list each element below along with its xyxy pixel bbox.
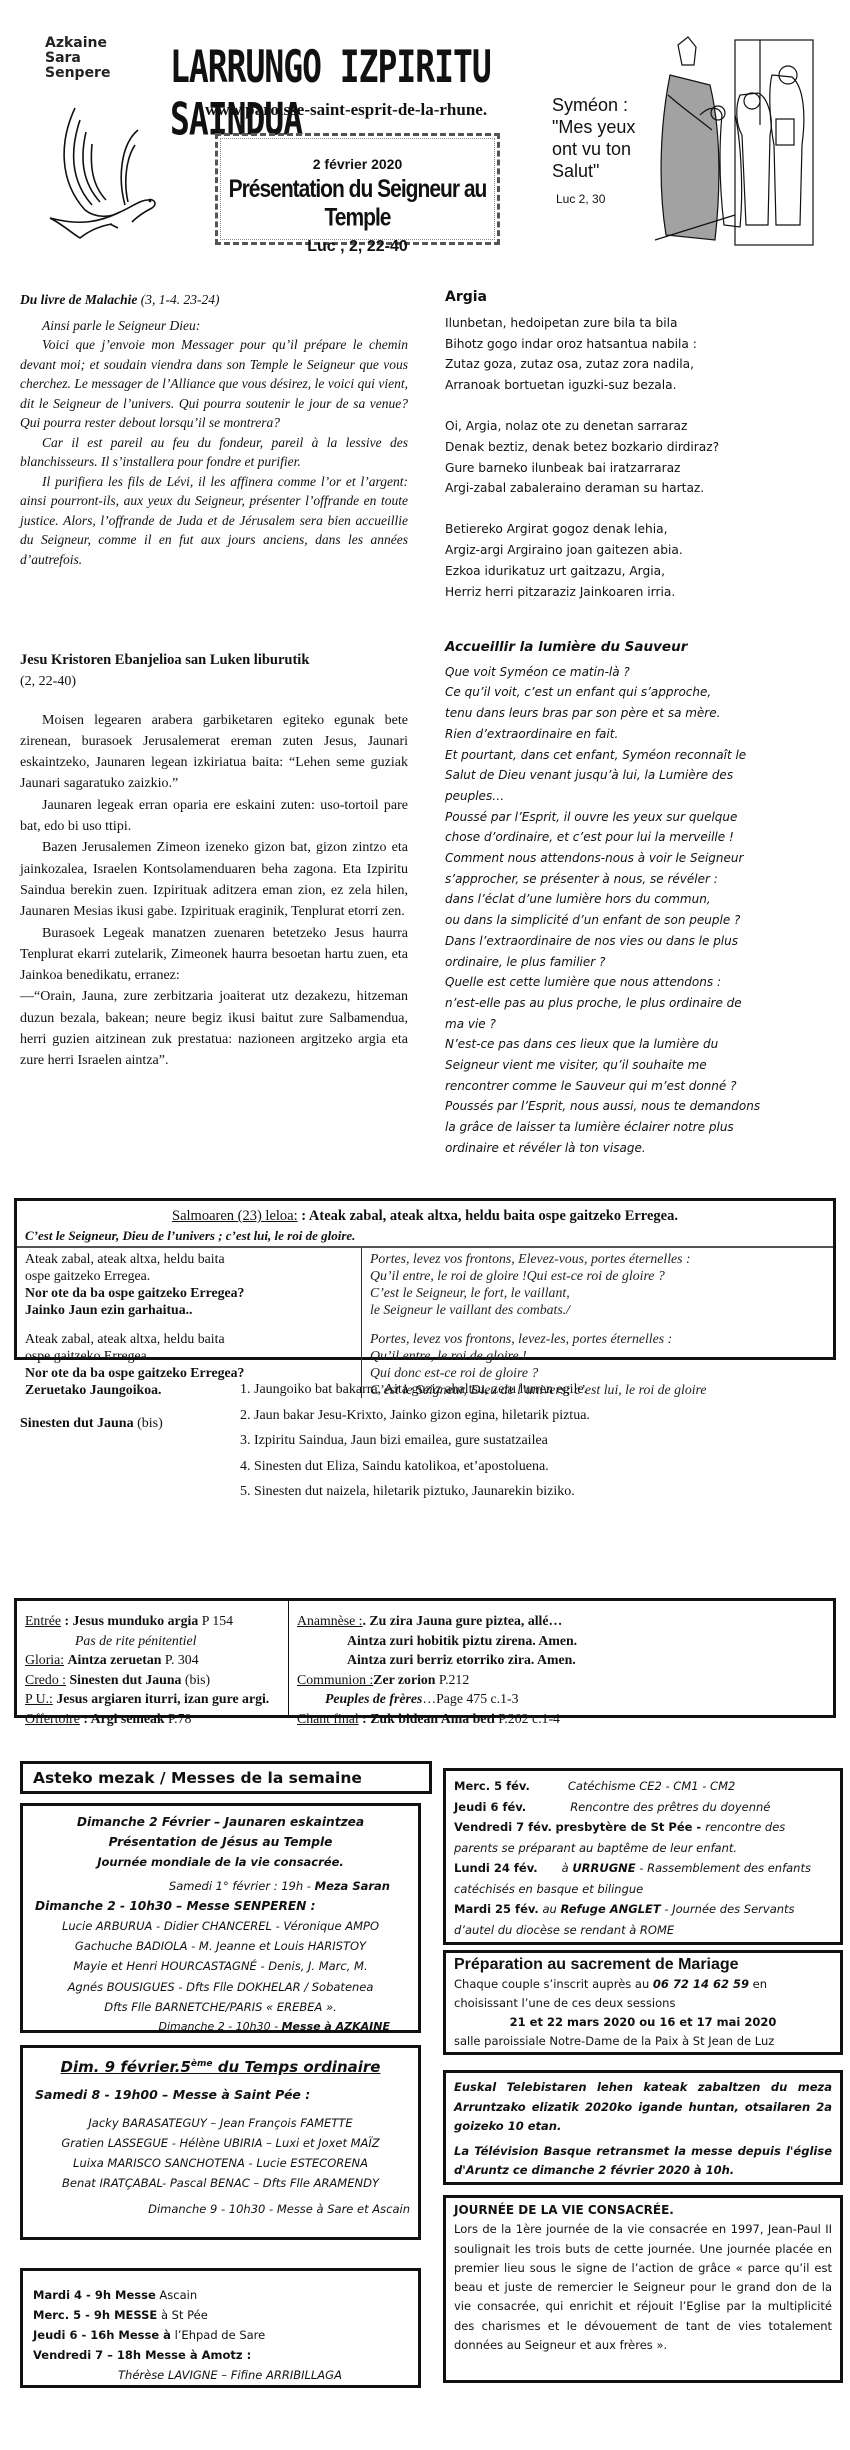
event-item: Mardi 25 fév. au Refuge ANGLET - Journée… bbox=[454, 1899, 832, 1940]
gospel-paragraph: —“Orain, Jauna, zure zerbitzaria joaiter… bbox=[20, 986, 408, 1071]
meditation-line: Poussés par l’Esprit, nous aussi, nous t… bbox=[445, 1096, 835, 1117]
gospel-ref: (2, 22-40) bbox=[20, 671, 408, 692]
psalm-header: Salmoaren (23) leloa: : Ateak zabal, ate… bbox=[17, 1201, 833, 1248]
website-link[interactable]: www.paroisse-saint-esprit-de-la-rhune. bbox=[205, 100, 487, 120]
tv-notice-french: La Télévision Basque retransmet la messe… bbox=[454, 2142, 832, 2181]
verse-line: ospe gaitzeko Erregea. bbox=[25, 1267, 361, 1284]
hymn-line: Aintza zuri hobitik piztu zirena. Amen. bbox=[297, 1631, 825, 1651]
marriage-title: Préparation au sacrement de Mariage bbox=[454, 1955, 832, 1975]
verse-line: Ateak zabal, ateak altxa, heldu baita bbox=[25, 1330, 361, 1347]
first-reading-ref: (3, 1-4. 23-24) bbox=[141, 292, 220, 307]
senperen-mass: Dimanche 2 - 10h30 – Messe SENPEREN : bbox=[29, 1896, 412, 1916]
phone-number[interactable]: 06 72 14 62 59 bbox=[653, 1977, 749, 1991]
meditation-line: s’approcher, se présenter à nous, se rév… bbox=[445, 869, 835, 890]
hymn-list-box: Entrée : Jesus munduko argia P 154 Pas d… bbox=[14, 1598, 836, 1718]
meditation-line: Salut de Dieu venant jusqu’à lui, la Lum… bbox=[445, 765, 835, 786]
poem-stanza: Ilunbetan, hedoipetan zure bila ta bila … bbox=[445, 313, 835, 396]
marriage-place: salle paroissiale Notre-Dame de la Paix … bbox=[454, 2032, 832, 2051]
psalm-refrain-fr: C’est le Seigneur, Dieu de l’univers ; c… bbox=[17, 1226, 833, 1245]
mass-intentions: Thérèse LAVIGNE – Fifine ARRIBILLAGA bbox=[33, 2365, 408, 2385]
presentation-temple-icon bbox=[640, 35, 815, 250]
hymn-final: Chant final : Zuk bidean Ama beti P.202 … bbox=[297, 1709, 825, 1729]
events-box: Merc. 5 fév.Catéchisme CE2 - CM1 - CM2 J… bbox=[443, 1768, 843, 1945]
credo-item: 3. Izpiritu Saindua, Jaun bizi emailea, … bbox=[240, 1428, 590, 1454]
meditation-line: Seigneur vient me visiter, qu’il souhait… bbox=[445, 1055, 835, 1076]
hymn-pu: P U.: Jesus argiaren iturri, izan gure a… bbox=[25, 1689, 280, 1709]
quote-reference: Luc 2, 30 bbox=[552, 188, 652, 210]
hymn-offertoire: Offertoire : Argi semeak P.78 bbox=[25, 1709, 280, 1729]
meditation-line: dans l’éclat d’une lumière hors du commu… bbox=[445, 889, 835, 910]
mass-intentions: Lucie ARBURUA - Didier CHANCEREL - Véron… bbox=[29, 1916, 412, 2017]
hymn-credo: Credo : Sinesten dut Jauna (bis) bbox=[25, 1670, 280, 1690]
gospel-paragraph: Moisen legearen arabera garbiketaren egi… bbox=[20, 710, 408, 795]
meditation-line: Poussé par l’Esprit, il ouvre les yeux s… bbox=[445, 807, 835, 828]
credo-title: Sinesten dut Jauna bbox=[20, 1416, 134, 1431]
gospel-reading: Jesu Kristoren Ebanjelioa san Luken libu… bbox=[20, 650, 408, 1072]
meditation-line: chose d’ordinaire, et c’est pour lui la … bbox=[445, 827, 835, 848]
poem-stanza: Oi, Argia, nolaz ote zu denetan sarraraz… bbox=[445, 416, 835, 499]
poem-line: Oi, Argia, nolaz ote zu denetan sarraraz bbox=[445, 416, 835, 437]
credo-suffix: (bis) bbox=[134, 1416, 163, 1431]
meditation-line: peuples… bbox=[445, 786, 835, 807]
meditation-line: ma vie ? bbox=[445, 1014, 835, 1035]
weekday-masses: Mardi 4 - 9h Messe Ascain Merc. 5 - 9h M… bbox=[20, 2268, 421, 2388]
feast-title: Présentation du Seigneur au Temple bbox=[218, 175, 497, 233]
weekday-mass: Jeudi 6 - 16h Messe à l’Ehpad de Sare bbox=[33, 2325, 408, 2345]
meditation-line: N’est-ce pas dans ces lieux que la lumiè… bbox=[445, 1034, 835, 1055]
meditation-line: Rien d’extraordinaire en fait. bbox=[445, 724, 835, 745]
meditation-line: Que voit Syméon ce matin-là ? bbox=[445, 662, 835, 683]
parish-towns: Azkaine Sara Senpere bbox=[45, 36, 110, 81]
quote-line: "Mes yeux bbox=[552, 116, 652, 138]
meditation-line: n’est-elle pas au plus proche, le plus o… bbox=[445, 993, 835, 1014]
meditation-line: Et pourtant, dans cet enfant, Syméon rec… bbox=[445, 745, 835, 766]
quote-line: Syméon : bbox=[552, 94, 652, 116]
meditation-line: Comment nous attendons-nous à voir le Se… bbox=[445, 848, 835, 869]
azkaine-mass: Dimanche 2 - 10h30 - Messe à AZKAINE bbox=[29, 2017, 412, 2037]
meditation-line: rencontrer comme le Sauveur qui m’est do… bbox=[445, 1076, 835, 1097]
sunday-title: Dimanche 2 Février – Jaunaren eskaintzea bbox=[29, 1812, 412, 1832]
sunday-title: Présentation de Jésus au Temple bbox=[29, 1832, 412, 1852]
verse-line: Qu’il entre, le roi de gloire !Qui est-c… bbox=[370, 1267, 833, 1284]
verse-line: Portes, levez vos frontons, levez-les, p… bbox=[370, 1330, 833, 1347]
credo-label: Sinesten dut Jauna (bis) bbox=[20, 1416, 163, 1432]
town-name: Senpere bbox=[45, 66, 110, 81]
credo-item: 1. Jaungoiko bat bakarra, Aita guziz aha… bbox=[240, 1377, 590, 1403]
sunday-9-title: Dim. 9 février.5ème du Temps ordinaire bbox=[29, 2054, 412, 2077]
dove-icon bbox=[40, 100, 170, 240]
meditation-line: ordinaire et révéler là ton visage. bbox=[445, 1138, 835, 1159]
verse-line: Jainko Jaun ezin garhaitua.. bbox=[25, 1301, 361, 1318]
verse-line: le Seigneur le vaillant des combats./ bbox=[370, 1301, 833, 1318]
mass-intentions: Jacky BARASATEGUY – Jean François FAMETT… bbox=[29, 2113, 412, 2193]
quote-line: Salut" bbox=[552, 160, 652, 182]
meditation-line: Ce qu’il voit, c’est un enfant qui s’app… bbox=[445, 682, 835, 703]
hymn-list-right: Anamnèse :. Zu zira Jauna gure piztea, a… bbox=[289, 1601, 833, 1715]
psalm-label: Salmoaren (23) leloa: bbox=[172, 1208, 298, 1224]
meditation-line: ordinaire, le plus familier ? bbox=[445, 952, 835, 973]
credo-item: 5. Sinesten dut naizela, hiletarik piztu… bbox=[240, 1479, 590, 1505]
consecrated-life-box: JOURNÉE DE LA VIE CONSACRÉE. Lors de la … bbox=[443, 2195, 843, 2383]
poem-line: Gure barneko ilunbeak bai iratzarraraz bbox=[445, 458, 835, 479]
poem-line: Ezkoa idurikatuz urt gaitzazu, Argia, bbox=[445, 561, 835, 582]
reading-paragraph: Ainsi parle le Seigneur Dieu: bbox=[20, 316, 408, 336]
psalm-verses: Ateak zabal, ateak altxa, heldu baita os… bbox=[17, 1248, 833, 1398]
poem-line: Denak beztiz, denak betez bozkario dirdi… bbox=[445, 437, 835, 458]
meditation-line: Quelle est cette lumière que nous attend… bbox=[445, 972, 835, 993]
masthead-title: LARRUNGO IZPIRITU SAINDUA bbox=[170, 40, 570, 145]
poem-line: Ilunbetan, hedoipetan zure bila ta bila bbox=[445, 313, 835, 334]
gospel-paragraph: Burasoek Legeak manatzen zuenaren betetz… bbox=[20, 923, 408, 987]
psalm-box: Salmoaren (23) leloa: : Ateak zabal, ate… bbox=[14, 1198, 836, 1360]
weekday-mass: Merc. 5 - 9h MESSE à St Pée bbox=[33, 2305, 408, 2325]
credo-item: 2. Jaun bakar Jesu-Krixto, Jainko gizon … bbox=[240, 1403, 590, 1429]
psalm-basque-column: Ateak zabal, ateak altxa, heldu baita os… bbox=[17, 1248, 362, 1398]
verse-line: Qu’il entre, le roi de gloire ! bbox=[370, 1347, 833, 1364]
argia-poem: Argia Ilunbetan, hedoipetan zure bila ta… bbox=[445, 287, 835, 622]
sunday-2-masses: Dimanche 2 Février – Jaunaren eskaintzea… bbox=[20, 1803, 421, 2033]
poem-line: Arranoak bortuetan iguzki-suz bezala. bbox=[445, 375, 835, 396]
marriage-prep-box: Préparation au sacrement de Mariage Chaq… bbox=[443, 1950, 843, 2055]
meditation-line: Dans l’extraordinaire de nos vies ou dan… bbox=[445, 931, 835, 952]
feast-date-box: 2 février 2020 Présentation du Seigneur … bbox=[215, 133, 500, 245]
saturday-mass: Samedi 1° février : 19h - Meza Saran bbox=[29, 1876, 412, 1896]
meditation-line: tenu dans leurs bras par son père et sa … bbox=[445, 703, 835, 724]
poem-line: Argi-zabal zabaleraino deraman su hartaz… bbox=[445, 478, 835, 499]
hymn-entree: Entrée : Jesus munduko argia P 154 bbox=[25, 1611, 280, 1631]
hymn-line: Aintza zuri berriz etorriko zira. Amen. bbox=[297, 1650, 825, 1670]
credo-item: 4. Sinesten dut Eliza, Saindu katolikoa,… bbox=[240, 1454, 590, 1480]
verse-line: Nor ote da ba ospe gaitzeko Erregea? bbox=[25, 1284, 361, 1301]
meditation-title: Accueillir la lumière du Sauveur bbox=[445, 637, 835, 658]
simeon-quote: Syméon : "Mes yeux ont vu ton Salut" Luc… bbox=[552, 94, 652, 210]
hymn-peuples: Peuples de frères…Page 475 c.1-3 bbox=[297, 1689, 825, 1709]
poem-line: Betiereko Argirat gogoz denak lehia, bbox=[445, 519, 835, 540]
meditation: Accueillir la lumière du Sauveur Que voi… bbox=[445, 637, 835, 1159]
weekday-mass: Mardi 4 - 9h Messe Ascain bbox=[33, 2285, 408, 2305]
feast-reference: Luc , 2, 22-40 bbox=[218, 238, 497, 256]
town-name: Azkaine bbox=[45, 36, 110, 51]
saint-pee-mass: Samedi 8 - 19h00 – Messe à Saint Pée : bbox=[29, 2085, 412, 2105]
event-item: Jeudi 6 fév.Rencontre des prêtres du doy… bbox=[454, 1797, 832, 1818]
sunday-9-masses: Dim. 9 février.5ème du Temps ordinaire S… bbox=[20, 2045, 421, 2240]
verse-line: ospe gaitzeko Erregea. bbox=[25, 1347, 361, 1364]
feast-date: 2 février 2020 bbox=[218, 156, 497, 172]
quote-line: ont vu ton bbox=[552, 138, 652, 160]
hymn-gloria: Gloria: Aintza zeruetan P. 304 bbox=[25, 1650, 280, 1670]
hymn-list-left: Entrée : Jesus munduko argia P 154 Pas d… bbox=[17, 1601, 289, 1715]
tv-broadcast-box: Euskal Telebistaren lehen kateak zabaltz… bbox=[443, 2070, 843, 2185]
tv-notice-basque: Euskal Telebistaren lehen kateak zabaltz… bbox=[454, 2078, 832, 2137]
hymn-note: Pas de rite pénitentiel bbox=[25, 1631, 280, 1651]
verse-line: Portes, levez vos frontons, Elevez-vous,… bbox=[370, 1250, 833, 1267]
hymn-communion: Communion :Zer zorion P.212 bbox=[297, 1670, 825, 1690]
poem-line: Argiz-argi Argiraino joan gaitezen abia. bbox=[445, 540, 835, 561]
weekday-mass: Vendredi 7 – 18h Messe à Amotz : bbox=[33, 2345, 408, 2365]
reading-paragraph: Car il est pareil au feu du fondeur, par… bbox=[20, 433, 408, 472]
first-reading: Du livre de Malachie (3, 1-4. 23-24) Ain… bbox=[20, 290, 408, 569]
first-reading-title: Du livre de Malachie bbox=[20, 292, 137, 307]
poem-title: Argia bbox=[445, 287, 835, 308]
marriage-dates: 21 et 22 mars 2020 ou 16 et 17 mai 2020 bbox=[454, 2013, 832, 2032]
week-masses-header: Asteko mezak / Messes de la semaine bbox=[20, 1761, 432, 1794]
meditation-line: ou dans la simplicité d’un enfant de son… bbox=[445, 910, 835, 931]
verse-line: Ateak zabal, ateak altxa, heldu baita bbox=[25, 1250, 361, 1267]
consecrated-life-text: Lors de la 1ère journée de la vie consac… bbox=[454, 2220, 832, 2355]
sare-ascain-mass: Dimanche 9 - 10h30 - Messe à Sare et Asc… bbox=[29, 2199, 412, 2219]
poem-line: Zutaz goza, zutaz osa, zutaz zora nadila… bbox=[445, 354, 835, 375]
reading-paragraph: Il purifiera les fils de Lévi, il les af… bbox=[20, 472, 408, 570]
event-item: Lundi 24 fév.à URRUGNE - Rassemblement d… bbox=[454, 1858, 832, 1899]
credo-list: 1. Jaungoiko bat bakarra, Aita guziz aha… bbox=[240, 1377, 590, 1505]
psalm-french-column: Portes, levez vos frontons, Elevez-vous,… bbox=[362, 1248, 833, 1398]
sunday-subtitle: Journée mondiale de la vie consacrée. bbox=[29, 1852, 412, 1872]
poem-line: Herriz herri pitzaraziz Jainkoaren irria… bbox=[445, 582, 835, 603]
town-name: Sara bbox=[45, 51, 110, 66]
gospel-title: Jesu Kristoren Ebanjelioa san Luken libu… bbox=[20, 650, 408, 671]
hymn-anamnese: Anamnèse :. Zu zira Jauna gure piztea, a… bbox=[297, 1611, 825, 1631]
meditation-lines: Que voit Syméon ce matin-là ?Ce qu’il vo… bbox=[445, 662, 835, 1159]
poem-stanza: Betiereko Argirat gogoz denak lehia, Arg… bbox=[445, 519, 835, 602]
poem-line: Bihotz gogo indar oroz hatsantua nabila … bbox=[445, 334, 835, 355]
marriage-info: Chaque couple s’inscrit auprès au 06 72 … bbox=[454, 1975, 832, 2013]
gospel-paragraph: Bazen Jerusalemen Zimeon izeneko gizon b… bbox=[20, 837, 408, 922]
verse-line: C’est le Seigneur, le fort, le vaillant, bbox=[370, 1284, 833, 1301]
event-item: Vendredi 7 fév. presbytère de St Pée - r… bbox=[454, 1817, 832, 1858]
meditation-line: la grâce de laisser ta lumière éclairer … bbox=[445, 1117, 835, 1138]
psalm-refrain: : Ateak zabal, ateak altxa, heldu baita … bbox=[301, 1208, 678, 1224]
gospel-paragraph: Jaunaren legeak erran oparia ere eskaini… bbox=[20, 795, 408, 838]
consecrated-life-title: JOURNÉE DE LA VIE CONSACRÉE. bbox=[454, 2201, 832, 2220]
reading-paragraph: Voici que j’envoie mon Messager pour qu’… bbox=[20, 335, 408, 433]
event-item: Merc. 5 fév.Catéchisme CE2 - CM1 - CM2 bbox=[454, 1776, 832, 1797]
